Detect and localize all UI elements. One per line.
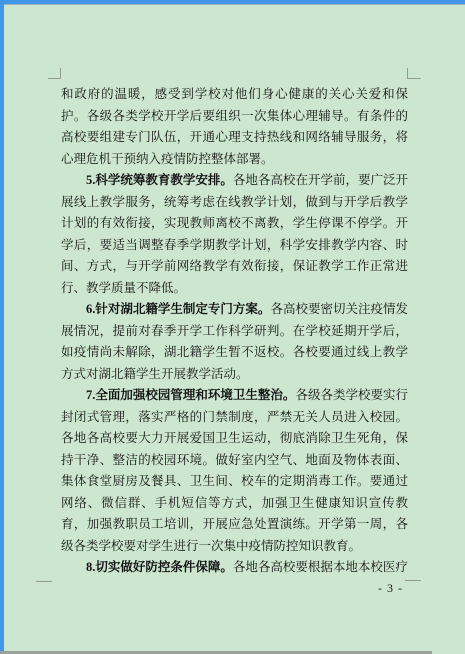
paragraph-item-8: 8.切实做好防控条件保障。各地各高校要根据本地本校医疗 <box>61 557 408 579</box>
paragraph-body: 各地各高校要根据本地本校医疗 <box>233 560 408 574</box>
paragraph-item-7: 7.全面加强校园管理和环境卫生整治。各级各类学校要实行封闭式管理，落实严格的门禁… <box>61 385 408 557</box>
crop-mark-bottom-right <box>405 580 421 581</box>
paragraph-item-5: 5.科学统筹教育教学安排。各地各高校在开学前，要广泛开展线上教学服务，统筹考虑在… <box>61 170 408 299</box>
item-8-heading: 8.切实做好防控条件保障。 <box>86 560 233 574</box>
paragraph-item-6: 6.针对湖北籍学生制定专门方案。各高校要密切关注疫情发展情况，提前对春季开学工作… <box>61 299 408 385</box>
paragraph-continuation: 和政府的温暖，感受到学校对他们身心健康的关心关爱和保护。各级各类学校开学后要组织… <box>61 84 408 170</box>
document-page: { "window": { "edge_color": "#4296e8", "… <box>0 0 465 654</box>
paragraph-body: 各级各类学校要实行封闭式管理，落实严格的门禁制度，严禁无关人员进入校园。各地各高… <box>61 388 408 553</box>
paragraph-body: 和政府的温暖，感受到学校对他们身心健康的关心关爱和保护。各级各类学校开学后要组织… <box>61 87 408 166</box>
paragraph-body: 各地各高校在开学前，要广泛开展线上教学服务，统筹考虑在线教学计划，做到与开学后教… <box>61 173 408 295</box>
item-6-heading: 6.针对湖北籍学生制定专门方案。 <box>86 302 270 316</box>
crop-mark-top-left <box>48 78 61 79</box>
crop-mark-top-right <box>407 78 421 79</box>
item-7-heading: 7.全面加强校园管理和环境卫生整治。 <box>86 388 295 402</box>
page-number: - 3 - <box>378 581 403 595</box>
item-5-heading: 5.科学统筹教育教学安排。 <box>86 173 233 187</box>
window-top-edge-shadow <box>0 4 465 5</box>
window-left-edge <box>0 0 4 654</box>
crop-mark-bottom-left <box>36 581 52 582</box>
document-text-area[interactable]: 和政府的温暖，感受到学校对他们身心健康的关心关爱和保护。各级各类学校开学后要组织… <box>61 84 408 579</box>
